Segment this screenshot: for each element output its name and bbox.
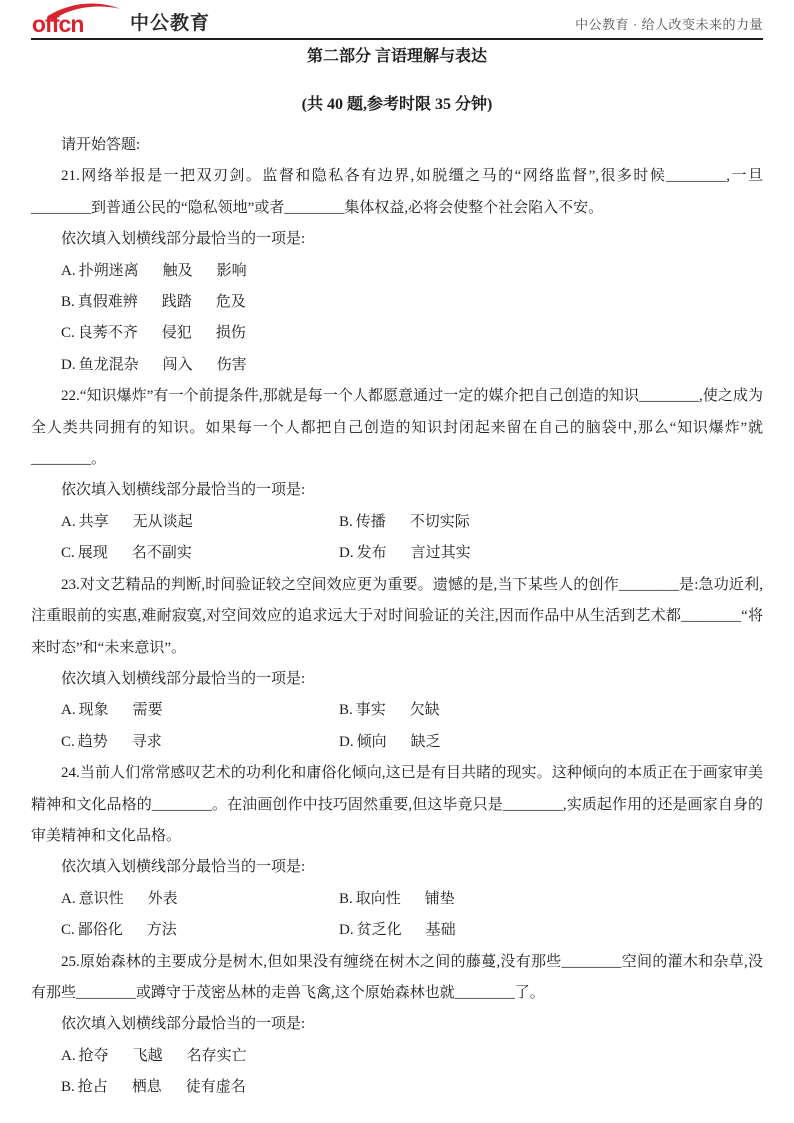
option-word: 发布 <box>357 538 387 569</box>
questions-area: 请开始答题: 21.网络举报是一把双刃剑。监督和隐私各有边界,如脱缰之马的“网络… <box>31 130 763 1104</box>
page-header: offcn 中公教育 中公教育 · 给人改变未来的力量 <box>31 0 763 40</box>
option-24-a: A.意识性 外表 <box>61 884 339 915</box>
header-slogan: 中公教育 · 给人改变未来的力量 <box>575 14 763 37</box>
option-24-c: C.鄙俗化 方法 <box>61 915 339 946</box>
question-23-stem: 23.对文艺精品的判断,时间验证较之空间效应更为重要。遗憾的是,当下某些人的创作… <box>31 570 763 664</box>
option-22-d: D.发布 言过其实 <box>339 538 763 569</box>
offcn-logo: offcn 中公教育 <box>31 1 210 37</box>
question-25-options: A.抢夺 飞越 名存实亡 B.抢占 栖息 徒有虚名 <box>31 1041 763 1104</box>
option-word: 名不副实 <box>132 538 192 569</box>
option-23-d: D.倾向 缺乏 <box>339 727 763 758</box>
question-24-stem: 24.当前人们常常感叹艺术的功利化和庸俗化倾向,这已是有目共睹的现实。这种倾向的… <box>31 758 763 852</box>
logo-cn-text: 中公教育 <box>130 14 210 37</box>
option-22-c: C.展现 名不副实 <box>61 538 339 569</box>
section-title: 第二部分 言语理解与表达 <box>31 47 763 67</box>
option-word: 取向性 <box>356 884 401 915</box>
option-word: 不切实际 <box>410 507 470 538</box>
option-word: 趋势 <box>78 727 108 758</box>
option-label: A. <box>61 884 76 915</box>
option-label: C. <box>61 915 75 946</box>
option-label: D. <box>339 538 354 569</box>
question-22-options: A.共享 无从谈起 B.传播 不切实际 C.展现 名不副实 D.发布 言过其实 <box>31 507 763 570</box>
option-word: 展现 <box>78 538 108 569</box>
question-24-instruction: 依次填入划横线部分最恰当的一项是: <box>31 852 763 883</box>
option-24-d: D.贫乏化 基础 <box>339 915 763 946</box>
option-word: 名存实亡 <box>187 1041 247 1072</box>
option-21-a: A.扑朔迷离 触及 影响 <box>61 256 763 287</box>
option-word: 贫乏化 <box>357 915 402 946</box>
option-24-b: B.取向性 铺垫 <box>339 884 763 915</box>
logo-latin-text: offcn <box>32 11 84 37</box>
question-21-stem: 21.网络举报是一把双刃剑。监督和隐私各有边界,如脱缰之马的“网络监督”,很多时… <box>31 161 763 224</box>
option-word: 欠缺 <box>410 695 440 726</box>
question-21-options: A.扑朔迷离 触及 影响 B.真假难辨 践踏 危及 C.良莠不齐 侵犯 损伤 D… <box>31 256 763 382</box>
option-21-c: C.良莠不齐 侵犯 损伤 <box>61 318 763 349</box>
option-25-a: A.抢夺 飞越 名存实亡 <box>61 1041 763 1072</box>
question-23-instruction: 依次填入划横线部分最恰当的一项是: <box>31 664 763 695</box>
option-21-d: D.鱼龙混杂 闯入 伤害 <box>61 350 763 381</box>
option-label: B. <box>339 884 353 915</box>
option-23-a: A.现象 需要 <box>61 695 339 726</box>
option-23-c: C.趋势 寻求 <box>61 727 339 758</box>
option-word: 需要 <box>133 695 163 726</box>
option-label: A. <box>61 695 76 726</box>
option-label: A. <box>61 1041 76 1072</box>
option-word: 外表 <box>148 884 178 915</box>
option-word: 鄙俗化 <box>78 915 123 946</box>
document-body: 第二部分 言语理解与表达 (共 40 题,参考时限 35 分钟) 请开始答题: … <box>31 47 763 1104</box>
option-word: 倾向 <box>357 727 387 758</box>
option-label: A. <box>61 256 76 287</box>
option-22-a: A.共享 无从谈起 <box>61 507 339 538</box>
option-word: 基础 <box>426 915 456 946</box>
option-word: 触及 <box>163 256 193 287</box>
question-22-instruction: 依次填入划横线部分最恰当的一项是: <box>31 475 763 506</box>
question-23-options: A.现象 需要 B.事实 欠缺 C.趋势 寻求 D.倾向 缺乏 <box>31 695 763 758</box>
option-label: C. <box>61 318 75 349</box>
question-24-options: A.意识性 外表 B.取向性 铺垫 C.鄙俗化 方法 D.贫乏化 基础 <box>31 884 763 947</box>
option-word: 方法 <box>147 915 177 946</box>
option-21-b: B.真假难辨 践踏 危及 <box>61 287 763 318</box>
option-word: 栖息 <box>132 1072 162 1103</box>
option-word: 抢占 <box>78 1072 108 1103</box>
option-word: 寻求 <box>132 727 162 758</box>
start-prompt: 请开始答题: <box>31 130 763 161</box>
option-word: 鱼龙混杂 <box>79 350 139 381</box>
option-word: 言过其实 <box>411 538 471 569</box>
section-subtitle: (共 40 题,参考时限 35 分钟) <box>31 95 763 115</box>
option-word: 无从谈起 <box>133 507 193 538</box>
option-label: C. <box>61 727 75 758</box>
option-word: 抢夺 <box>79 1041 109 1072</box>
option-word: 良莠不齐 <box>78 318 138 349</box>
option-word: 现象 <box>79 695 109 726</box>
option-label: D. <box>339 915 354 946</box>
option-word: 伤害 <box>217 350 247 381</box>
question-25-instruction: 依次填入划横线部分最恰当的一项是: <box>31 1009 763 1040</box>
option-label: A. <box>61 507 76 538</box>
question-21-instruction: 依次填入划横线部分最恰当的一项是: <box>31 224 763 255</box>
option-word: 共享 <box>79 507 109 538</box>
option-word: 损伤 <box>216 318 246 349</box>
option-word: 扑朔迷离 <box>79 256 139 287</box>
option-word: 事实 <box>356 695 386 726</box>
option-label: B. <box>339 695 353 726</box>
option-word: 徒有虚名 <box>186 1072 246 1103</box>
option-word: 危及 <box>216 287 246 318</box>
option-word: 真假难辨 <box>78 287 138 318</box>
option-label: C. <box>61 538 75 569</box>
offcn-logo-icon: offcn <box>31 1 123 37</box>
option-label: B. <box>61 1072 75 1103</box>
option-label: B. <box>339 507 353 538</box>
option-23-b: B.事实 欠缺 <box>339 695 763 726</box>
option-25-b: B.抢占 栖息 徒有虚名 <box>61 1072 763 1103</box>
option-word: 缺乏 <box>411 727 441 758</box>
option-word: 践踏 <box>162 287 192 318</box>
option-label: B. <box>61 287 75 318</box>
option-22-b: B.传播 不切实际 <box>339 507 763 538</box>
option-word: 传播 <box>356 507 386 538</box>
option-label: D. <box>339 727 354 758</box>
option-label: D. <box>61 350 76 381</box>
exam-page: offcn 中公教育 中公教育 · 给人改变未来的力量 第二部分 言语理解与表达… <box>0 0 794 1123</box>
option-word: 影响 <box>217 256 247 287</box>
option-word: 闯入 <box>163 350 193 381</box>
question-25-stem: 25.原始森林的主要成分是树木,但如果没有缠绕在树木之间的藤蔓,没有那些____… <box>31 947 763 1010</box>
option-word: 铺垫 <box>425 884 455 915</box>
question-22-stem: 22.“知识爆炸”有一个前提条件,那就是每一个人都愿意通过一定的媒介把自己创造的… <box>31 381 763 475</box>
option-word: 飞越 <box>133 1041 163 1072</box>
option-word: 意识性 <box>79 884 124 915</box>
option-word: 侵犯 <box>162 318 192 349</box>
